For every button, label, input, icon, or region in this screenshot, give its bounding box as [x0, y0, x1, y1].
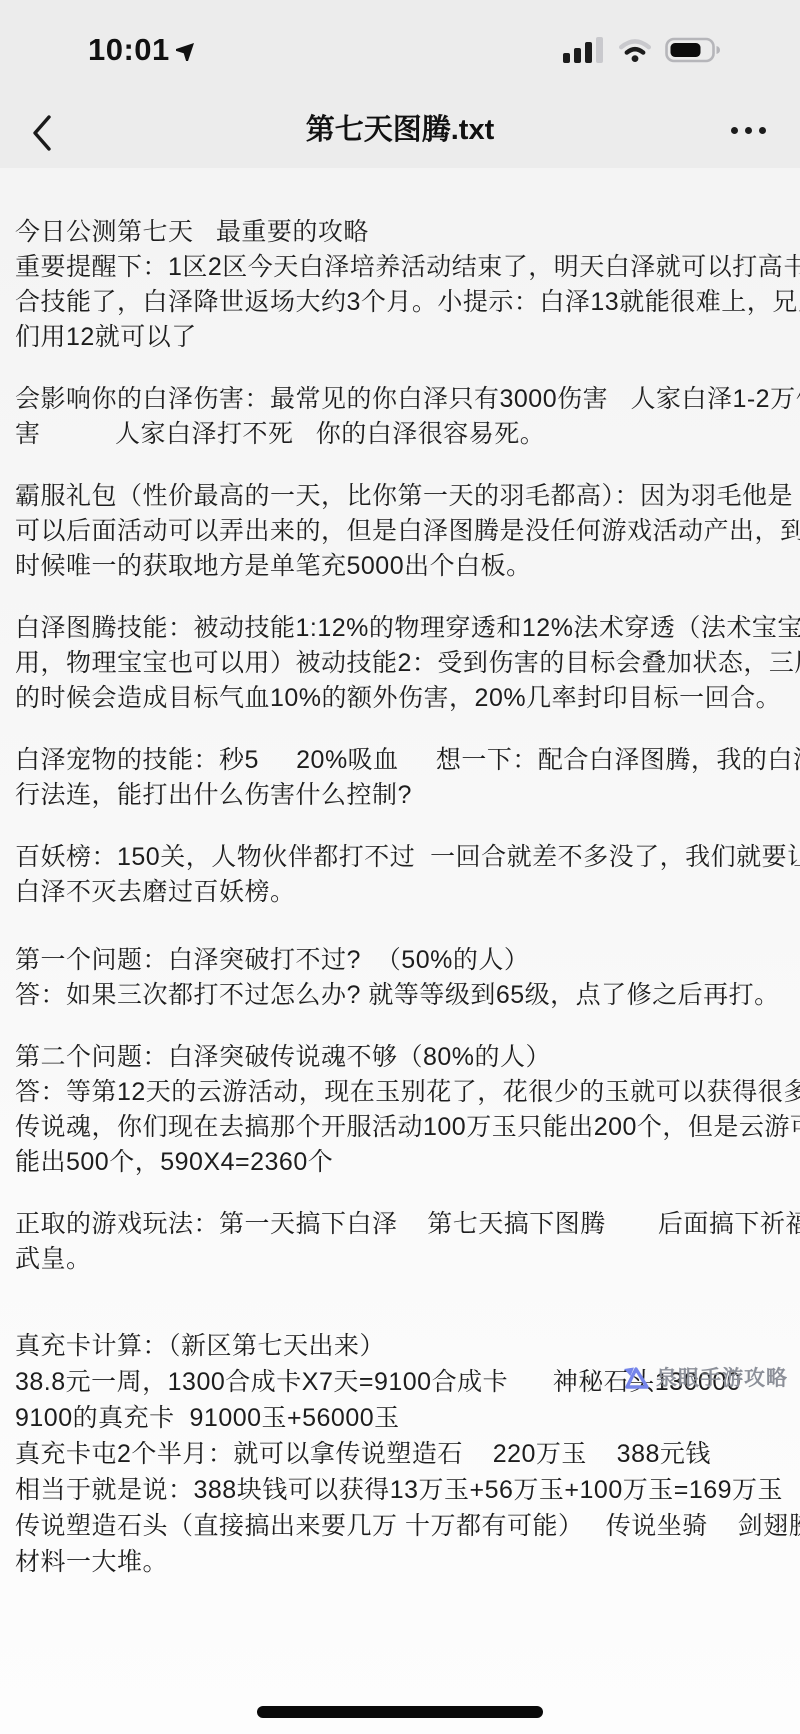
page-title: 第七天图腾.txt — [150, 94, 650, 160]
watermark-logo-icon — [622, 1365, 649, 1390]
home-indicator[interactable] — [257, 1706, 543, 1718]
status-right-icons — [563, 24, 722, 76]
status-bar: 10:01 — [0, 24, 800, 76]
text-paragraph: 会影响你的白泽伤害：最常见的你白泽只有3000伤害 人家白泽1-2万伤 害 人家… — [0, 382, 800, 452]
text-paragraph: 霸服礼包（性价最高的一天，比你第一天的羽毛都高）：因为羽毛他是 可以后面活动可以… — [0, 479, 800, 584]
status-time: 10:01 — [88, 32, 170, 68]
watermark: 泉眼手游攻略 — [622, 1362, 788, 1392]
back-button[interactable] — [20, 108, 64, 158]
text-paragraph: 正取的游戏玩法：第一天搞下白泽 第七天搞下图腾 后面搞下祈福 武皇。 — [0, 1207, 800, 1277]
watermark-text: 泉眼手游攻略 — [656, 1362, 788, 1392]
phone-screen: 10:01 — [0, 0, 800, 1734]
location-arrow-icon — [176, 39, 198, 61]
cellular-signal-icon — [563, 37, 605, 63]
nav-bar: 第七天图腾.txt — [0, 94, 800, 168]
file-content[interactable]: 今日公测第七天 最重要的攻略 重要提醒下：1区2区今天白泽培养活动结束了，明天白… — [0, 168, 800, 1734]
text-paragraph: 今日公测第七天 最重要的攻略 重要提醒下：1区2区今天白泽培养活动结束了，明天白… — [0, 215, 800, 355]
more-ellipsis-icon — [731, 127, 766, 134]
status-time-group: 10:01 — [88, 24, 198, 76]
text-paragraph: 第一个问题：白泽突破打不过? （50%的人） 答：如果三次都打不过怎么办? 就等… — [0, 943, 800, 1013]
text-paragraph: 百妖榜：150关，人物伙伴都打不过 一回合就差不多没了，我们就要让 白泽不灭去磨… — [0, 840, 800, 910]
wifi-icon — [618, 37, 652, 63]
header: 10:01 — [0, 0, 800, 168]
text-paragraph: 第二个问题：白泽突破传说魂不够（80%的人） 答：等第12天的云游活动，现在玉别… — [0, 1040, 800, 1180]
battery-icon — [665, 36, 722, 64]
more-button[interactable] — [720, 108, 776, 152]
text-paragraph: 白泽宠物的技能：秒5 20%吸血 想一下：配合白泽图腾，我的白泽进 行法连，能打… — [0, 743, 800, 813]
back-chevron-icon — [31, 114, 53, 152]
text-paragraph: 白泽图腾技能：被动技能1:12%的物理穿透和12%法术穿透（法术宝宝可 用，物理… — [0, 611, 800, 716]
